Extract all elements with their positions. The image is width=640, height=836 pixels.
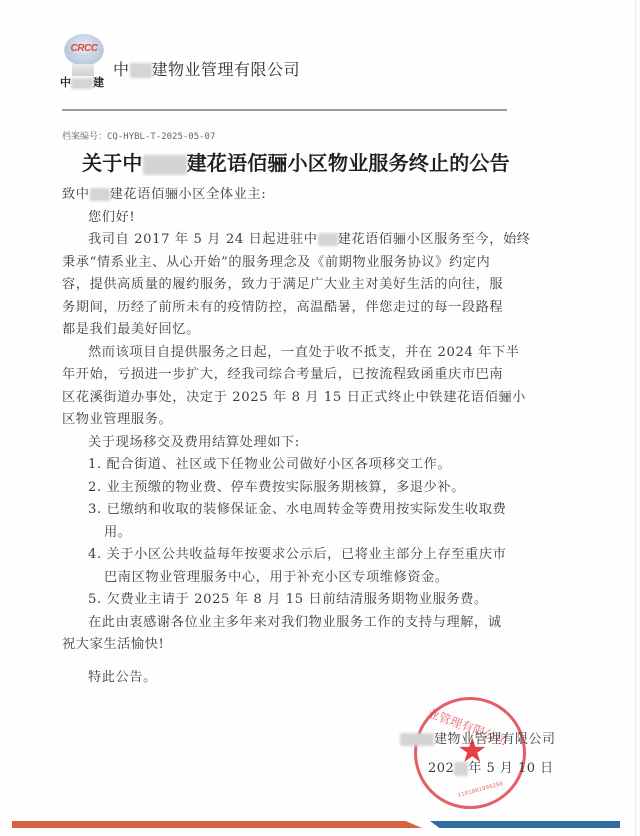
signature-date: 202年 5 月 10 日: [428, 757, 554, 776]
redacted-blur: [400, 733, 434, 746]
redacted-blur: [71, 78, 93, 89]
list-item-4: 4. 关于小区公共收益每年按要求公示后，已将业主部分上存至重庆市: [62, 544, 557, 567]
document-page: CRCC 中建 中建物业管理有限公司 档案编号：CQ-HYBL-T-2025-0…: [0, 0, 640, 836]
seal-serial: 1101081995256: [457, 780, 504, 799]
list-item-3: 3. 已缴纳和收取的装修保证金、水电周转金等费用按实际发生收取费: [62, 499, 557, 522]
greeting: 您们好!: [62, 207, 557, 230]
list-item-4-cont: 巴南区物业管理服务中心，用于补充小区专项维修资金。: [62, 567, 557, 590]
final-statement: 特此公告。: [62, 667, 557, 690]
page-edge: [635, 0, 636, 836]
spacer: [62, 657, 557, 667]
list-item-5: 5. 欠费业主请于 2025 年 8 月 15 日前结清服务期物业服务费。: [62, 589, 557, 612]
redacted-blur: [130, 63, 152, 78]
paragraph-2-line: 区物业管理服务。: [62, 409, 557, 432]
title-suffix: 建花语佰骊小区物业服务终止的公告: [187, 151, 510, 175]
paragraph-2-line: 区花溪街道办事处，决定于 2025 年 8 月 15 日正式终止中铁建花语佰骊小: [62, 387, 557, 410]
archive-number: 档案编号：CQ-HYBL-T-2025-05-07: [62, 129, 215, 142]
logo-crcc-text: CRCC: [66, 43, 102, 54]
company-logo: CRCC 中建: [60, 34, 106, 90]
salutation: 致中建花语佰骊小区全体业主:: [62, 184, 557, 207]
p1-text: 我司自 2017 年 5 月 24 日起进驻中: [88, 232, 318, 247]
p1-text: 建花语佰骊小区服务至今，始终: [338, 232, 531, 247]
salutation-prefix: 致中: [62, 187, 90, 202]
signature-company-name: 建物业管理有限公司: [434, 732, 556, 747]
paragraph-1-line: 务期间，历经了前所未有的疫情防控，高温酷暑，伴您走过的每一段路程: [62, 297, 557, 320]
date-prefix: 202: [428, 761, 454, 776]
handover-intro: 关于现场移交及费用结算处理如下:: [62, 432, 557, 455]
redacted-blur: [143, 155, 187, 175]
logo-caption-prefix: 中: [60, 77, 71, 89]
paragraph-1-line: 容，提供高质量的履约服务，致力于满足广大业主对美好生活的向往，服: [62, 274, 557, 297]
company-prefix: 中: [113, 60, 130, 79]
list-item-1: 1. 配合街道、社区或下任物业公司做好小区各项移交工作。: [62, 454, 557, 477]
letter-body: 致中建花语佰骊小区全体业主: 您们好! 我司自 2017 年 5 月 24 日起…: [62, 184, 557, 689]
signature-company: 建物业管理有限公司: [400, 728, 556, 747]
document-title: 关于中建花语佰骊小区物业服务终止的公告: [82, 147, 510, 176]
footer-bar-orange: [12, 821, 422, 828]
logo-caption-suffix: 建: [93, 77, 104, 89]
title-prefix: 关于中: [82, 151, 143, 175]
paragraph-1-line: 秉承“情系业主、从心开始”的服务理念及《前期物业服务协议》约定内: [62, 252, 557, 275]
list-item-3-cont: 用。: [62, 522, 557, 545]
archive-value: CQ-HYBL-T-2025-05-07: [107, 132, 215, 142]
archive-label: 档案编号：: [62, 132, 107, 142]
paragraph-2-line: 年开始，亏损进一步扩大，经我司综合考量后，已按流程致函重庆市巴南: [62, 364, 557, 387]
paragraph-1-line: 我司自 2017 年 5 月 24 日起进驻中建花语佰骊小区服务至今，始终: [62, 229, 557, 252]
company-name-header: 中建物业管理有限公司: [113, 57, 300, 80]
paragraph-1-line: 都是我们最美好回忆。: [62, 319, 557, 342]
paragraph-2-line: 然而该项目自提供服务之日起，一直处于收不抵支，并在 2024 年下半: [62, 342, 557, 365]
company-seal: 业管理有限公司 ★ 1101081995256: [414, 697, 526, 809]
list-item-2: 2. 业主预缴的物业费、停车费按实际服务期核算，多退少补。: [62, 477, 557, 500]
footer-bar-blue: [430, 821, 620, 828]
closing-line: 祝大家生活愉快!: [62, 634, 557, 657]
salutation-suffix: 建花语佰骊小区全体业主:: [110, 187, 267, 202]
company-suffix: 建物业管理有限公司: [152, 60, 301, 79]
logo-caption: 中建: [60, 74, 106, 90]
redacted-blur: [318, 233, 338, 246]
redacted-blur: [90, 188, 110, 201]
closing-line: 在此由衷感谢各位业主多年来对我们物业服务工作的支持与理解，诚: [62, 612, 557, 635]
date-suffix: 年 5 月 10 日: [468, 761, 553, 776]
redacted-blur: [454, 762, 468, 776]
header-divider: [62, 109, 507, 111]
